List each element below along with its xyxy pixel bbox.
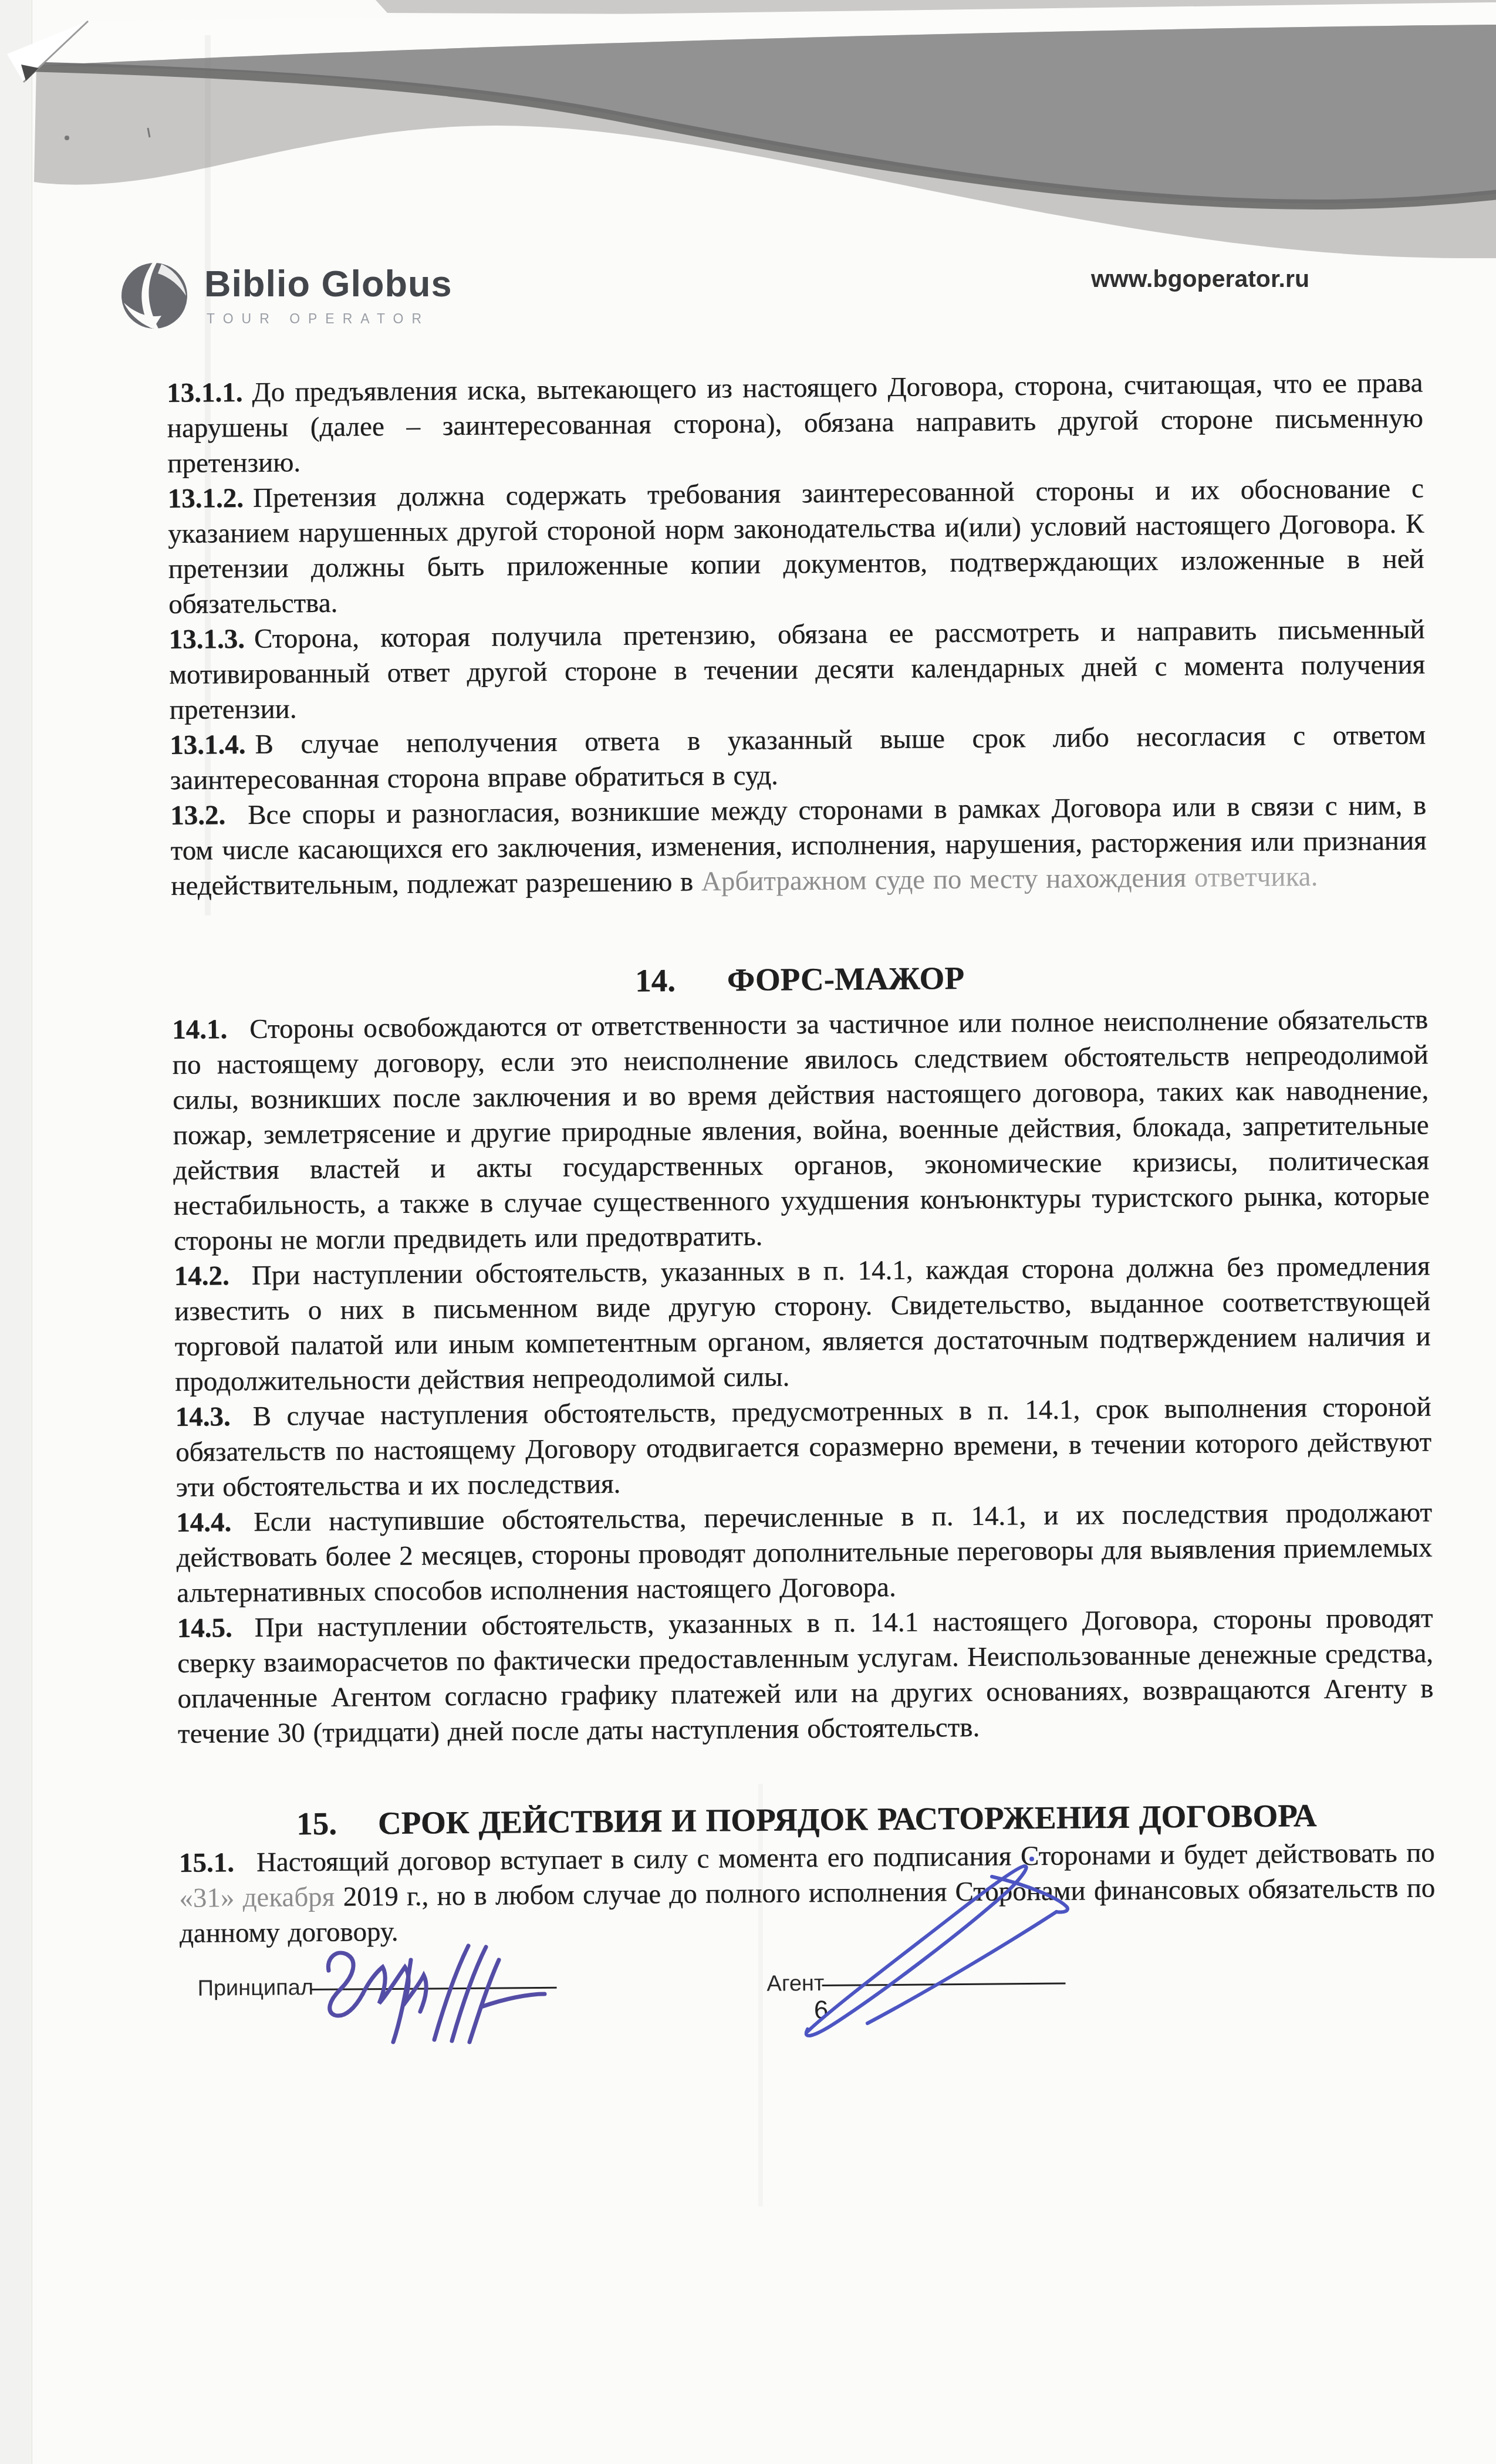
clause-number: 13.1.4. (170, 729, 246, 761)
principal-label: Принципал (197, 1970, 313, 2006)
clause-text: При наступлении обстоятельств, указанных… (177, 1603, 1434, 1749)
clause-number: 14.1. (172, 1014, 227, 1045)
page-number: 6 (814, 1993, 829, 2028)
section-14-heading: 14. ФОРС-МАЖОР (171, 955, 1427, 1004)
clause-text-faded: Арбитражном суде по месту нахождения (701, 863, 1195, 897)
clause-number: 14.3. (175, 1401, 230, 1432)
section-number: 15. (296, 1804, 337, 1844)
brand-tagline: TOUR OPERATOR (207, 311, 430, 327)
section-title: СРОК ДЕЙСТВИЯ И ПОРЯДОК РАСТОРЖЕНИЯ ДОГО… (378, 1796, 1317, 1843)
clause-text: Если наступившие обстоятельства, перечис… (176, 1497, 1432, 1608)
signature-block: Принципал Агент 6 (180, 1961, 1436, 2071)
clause-13-1-3: 13.1.3.Сторона, которая получила претенз… (168, 611, 1425, 728)
scanned-contract-page: Biblio Globus TOUR OPERATOR www.bgoperat… (0, 0, 1496, 2464)
clause-number: 13.1.2. (168, 483, 244, 514)
clause-text: Стороны освобождаются от ответственности… (172, 1004, 1429, 1256)
clause-text: В случае неполучения ответа в указанный … (170, 719, 1426, 796)
clause-13-1-1: 13.1.1.До предъявления иска, вытекающего… (167, 365, 1423, 481)
scan-left-edge (0, 0, 32, 2464)
clause-text: В случае наступления обстоятельств, пред… (175, 1391, 1431, 1503)
clause-14-4: 14.4.Если наступившие обстоятельства, пе… (176, 1495, 1433, 1611)
clause-number: 14.4. (176, 1507, 231, 1538)
principal-signature-line (310, 1969, 556, 1990)
clause-13-1-4: 13.1.4.В случае неполучения ответа в ука… (170, 717, 1426, 798)
clause-text: Претензия должна содержать требования за… (168, 473, 1424, 620)
clause-text-faded: ответчика. (1194, 861, 1318, 893)
clause-text-faded: «31» декабря (179, 1882, 335, 1914)
clause-number: 14.2. (174, 1260, 229, 1292)
clause-14-2: 14.2.При наступлении обстоятельств, указ… (174, 1248, 1431, 1400)
clause-number: 15.1. (179, 1847, 234, 1878)
website-url: www.bgoperator.ru (1091, 265, 1309, 293)
clause-13-2: 13.2.Все споры и разногласия, возникшие … (170, 787, 1427, 939)
clause-number: 13.1.3. (168, 624, 245, 655)
clause-text: Настоящий договор вступает в силу с моме… (256, 1837, 1435, 1877)
clause-number: 14.5. (177, 1613, 232, 1644)
brand-name: Biblio Globus (204, 263, 452, 305)
section-title: ФОРС-МАЖОР (727, 959, 965, 999)
clause-number: 13.1.1. (167, 377, 243, 408)
clause-text: 2019 г., но в любом случае до полного ис… (180, 1872, 1436, 1949)
agent-signature-line (822, 1965, 1065, 1986)
clause-text: Сторона, которая получила претензию, обя… (169, 614, 1425, 725)
biblio-globus-logo-icon (120, 258, 191, 332)
section-number: 14. (635, 961, 676, 1001)
clause-15-1: 15.1.Настоящий договор вступает в силу с… (179, 1835, 1436, 1951)
letterhead: Biblio Globus TOUR OPERATOR www.bgoperat… (0, 0, 1496, 364)
clause-text: При наступлении обстоятельств, указанных… (174, 1250, 1431, 1397)
clause-14-5: 14.5.При наступлении обстоятельств, указ… (177, 1600, 1434, 1752)
clause-14-3: 14.3.В случае наступления обстоятельств,… (175, 1389, 1431, 1505)
document-body: 13.1.1.До предъявления иска, вытекающего… (167, 365, 1437, 2070)
clause-13-1-2: 13.1.2.Претензия должна содержать требов… (167, 471, 1424, 622)
clause-number: 13.2. (170, 800, 225, 831)
clause-14-1: 14.1.Стороны освобождаются от ответствен… (172, 1002, 1430, 1259)
clause-text: До предъявления иска, вытекающего из нас… (167, 367, 1423, 479)
